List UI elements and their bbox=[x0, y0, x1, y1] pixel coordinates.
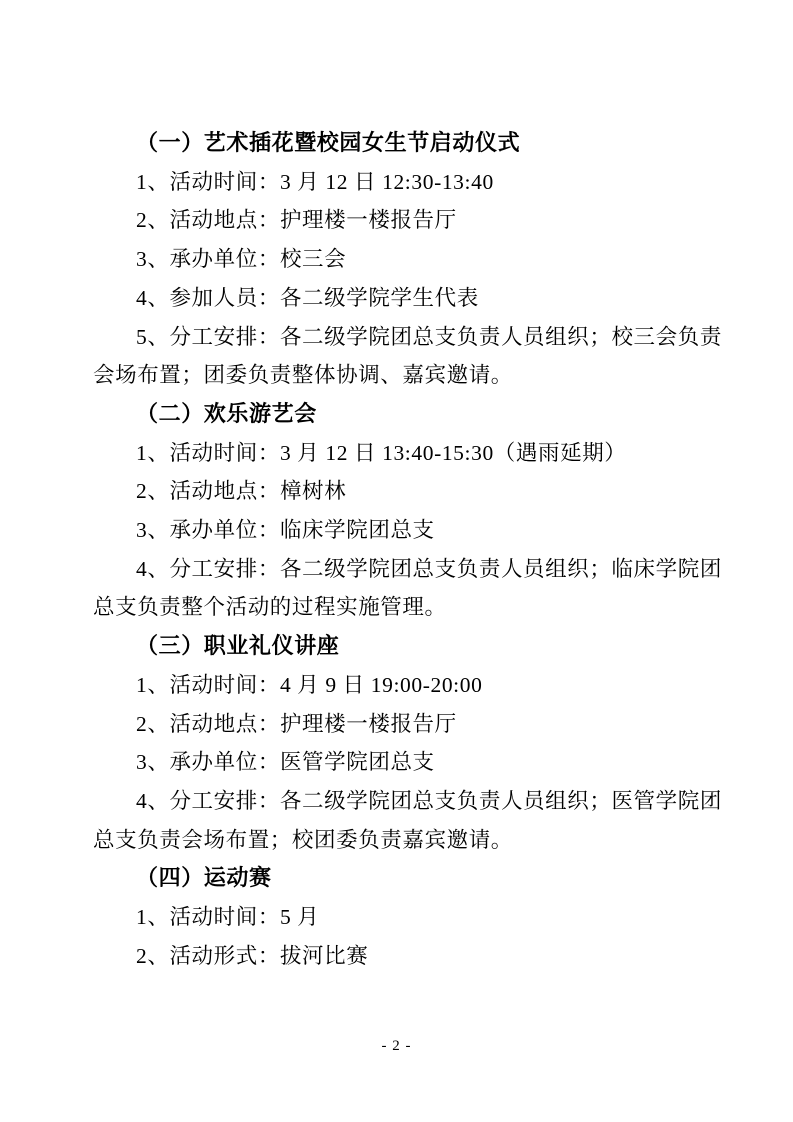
paragraph-line: 2、活动地点：护理楼一楼报告厅 bbox=[93, 201, 711, 240]
paragraph-line: 4、参加人员：各二级学院学生代表 bbox=[93, 279, 711, 318]
paragraph-line: 4、分工安排：各二级学院团总支负责人员组织；临床学院团 bbox=[93, 550, 711, 589]
section-4-heading: （四）运动赛 bbox=[93, 859, 711, 898]
paragraph-line: 4、分工安排：各二级学院团总支负责人员组织；医管学院团 bbox=[93, 782, 711, 821]
paragraph-line: 3、承办单位：医管学院团总支 bbox=[93, 743, 711, 782]
paragraph-line: 1、活动时间：4 月 9 日 19:00-20:00 bbox=[93, 666, 711, 705]
paragraph-line-continuation: 总支负责整个活动的过程实施管理。 bbox=[93, 588, 711, 627]
paragraph-line: 2、活动地点：樟树林 bbox=[93, 472, 711, 511]
paragraph-line-continuation: 总支负责会场布置；校团委负责嘉宾邀请。 bbox=[93, 821, 711, 860]
paragraph-line-continuation: 会场布置；团委负责整体协调、嘉宾邀请。 bbox=[93, 356, 711, 395]
page-number: - 2 - bbox=[382, 1038, 412, 1054]
section-2-heading: （二）欢乐游艺会 bbox=[93, 395, 711, 434]
paragraph-line: 3、承办单位：校三会 bbox=[93, 240, 711, 279]
paragraph-line: 2、活动地点：护理楼一楼报告厅 bbox=[93, 705, 711, 744]
paragraph-line: 1、活动时间：3 月 12 日 13:40-15:30（遇雨延期） bbox=[93, 434, 711, 473]
section-1-heading: （一）艺术插花暨校园女生节启动仪式 bbox=[93, 124, 711, 163]
paragraph-line: 5、分工安排：各二级学院团总支负责人员组织；校三会负责 bbox=[93, 318, 711, 357]
paragraph-line: 3、承办单位：临床学院团总支 bbox=[93, 511, 711, 550]
document-page: （一）艺术插花暨校园女生节启动仪式 1、活动时间：3 月 12 日 12:30-… bbox=[0, 0, 793, 1122]
paragraph-line: 2、活动形式：拔河比赛 bbox=[93, 937, 711, 976]
paragraph-line: 1、活动时间：3 月 12 日 12:30-13:40 bbox=[93, 163, 711, 202]
section-3-heading: （三）职业礼仪讲座 bbox=[93, 627, 711, 666]
page-footer: - 2 - bbox=[0, 1036, 793, 1056]
document-body: （一）艺术插花暨校园女生节启动仪式 1、活动时间：3 月 12 日 12:30-… bbox=[93, 124, 711, 975]
paragraph-line: 1、活动时间：5 月 bbox=[93, 898, 711, 937]
